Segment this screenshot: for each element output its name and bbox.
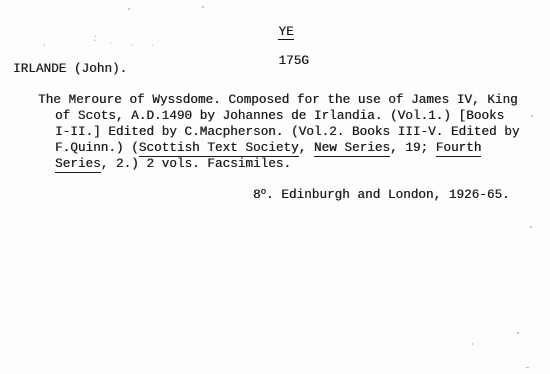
title-line: Series, 2.) 2 vols. Facsimiles. [55,156,291,172]
title-line: The Meroure of Wyssdome. Composed for th… [38,92,518,108]
scan-speck [128,8,130,10]
title-text: , 19; [390,140,436,155]
series-name: New Series [314,140,390,157]
imprint-line: 8o. Edinburgh and London, 1926-65. [253,184,510,203]
scan-speck [472,343,473,345]
scan-speck [517,332,519,334]
series-name: Scottish Text Society [139,140,299,157]
pencil-annotation: : [91,32,99,49]
title-line: F.Quinn.) (Scottish Text Society, New Se… [55,140,481,156]
scan-speck [526,367,529,368]
call-number-class: YE [278,25,293,40]
imprint-text: . Edinburgh and London, 1926-65. [266,187,510,202]
catalog-card: : · . . YE 175G IRLANDE (John). The Mero… [0,0,550,374]
title-text: I-II.] Edited by C.Macpherson. (Vol.2. B… [55,124,519,139]
scan-speck [202,6,204,8]
author-heading: IRLANDE (John). [13,61,127,77]
pencil-annotation: · . . [108,36,160,52]
title-text: , 2.) 2 vols. Facsimiles. [101,156,291,171]
scan-speck [530,226,532,228]
title-text: , [299,140,314,155]
title-line: I-II.] Edited by C.Macpherson. (Vol.2. B… [55,124,519,140]
call-number-shelf: 175G [278,53,308,68]
scan-speck [531,115,533,117]
title-text: The Meroure of Wyssdome. Composed for th… [38,92,518,107]
call-number: YE 175G [248,11,292,82]
title-line: of Scots, A.D.1490 by Johannes de Irland… [55,108,504,124]
series-name: Fourth [436,140,482,157]
scan-speck [44,44,45,46]
series-name: Series [55,156,101,173]
title-text: F.Quinn.) ( [55,140,139,155]
format-numeral: 8 [253,187,261,202]
title-text: of Scots, A.D.1490 by Johannes de Irland… [55,108,504,123]
